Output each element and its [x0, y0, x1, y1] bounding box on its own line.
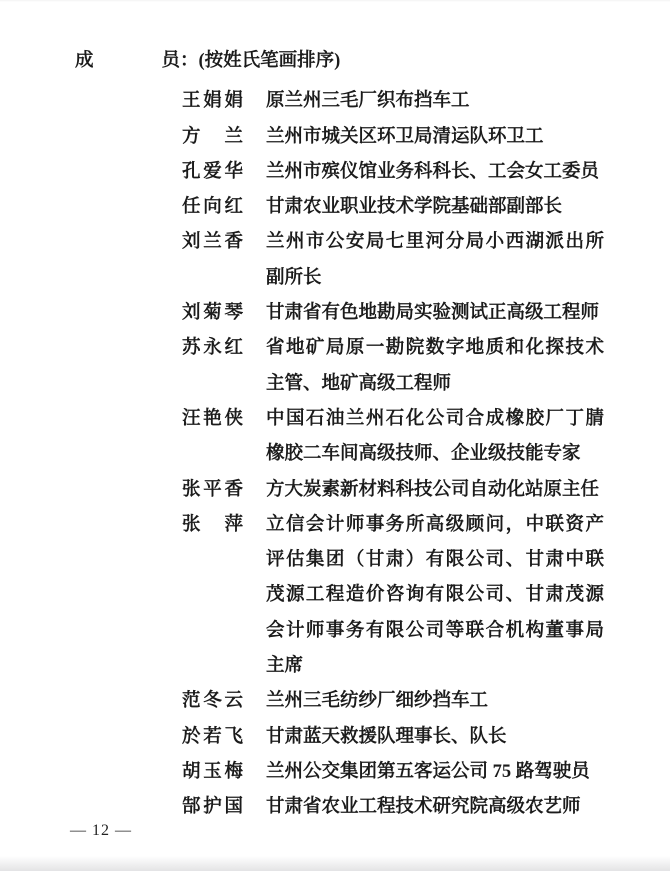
member-name: 任向红: [182, 190, 243, 225]
member-description-line: 会计师事务有限公司等联合机构董事局: [266, 614, 604, 649]
member-row: 任向红甘肃农业职业技术学院基础部副部长: [182, 190, 604, 225]
member-description-line: 中国石油兰州石化公司合成橡胶厂丁腈: [266, 402, 604, 437]
member-name-char: 香: [224, 225, 243, 260]
member-name: 郜护国: [182, 790, 243, 825]
member-description: 兰州市公安局七里河分局小西湖派出所副所长: [266, 225, 604, 296]
member-description: 原兰州三毛厂织布挡车工: [266, 84, 604, 119]
member-row: 张平香方大炭素新材料科技公司自动化站原主任: [182, 473, 604, 508]
member-name-char: 汪: [182, 402, 201, 437]
member-name-char: 任: [182, 190, 201, 225]
member-name: 胡玉梅: [182, 755, 243, 790]
header-separator: ：: [180, 44, 199, 79]
member-name: 刘兰香: [182, 225, 243, 260]
member-description-line: 主席: [266, 649, 604, 684]
document-page: 成 员 ： (按姓氏笔画排序) 王娟娟原兰州三毛厂织布挡车工方兰兰州市城关区环卫…: [0, 0, 670, 871]
member-name-char: 云: [224, 684, 243, 719]
member-description: 兰州公交集团第五客运公司 75 路驾驶员: [266, 755, 604, 790]
section-header: 成 员 ： (按姓氏笔画排序): [75, 44, 604, 79]
header-note: (按姓氏笔画排序): [199, 44, 341, 79]
member-description-line: 立信会计师事务所高级顾问，中联资产: [266, 508, 604, 543]
member-name: 刘菊琴: [182, 296, 243, 331]
member-name-char: 胡: [182, 755, 201, 790]
member-description-line: 甘肃蓝天救援队理事长、队长: [266, 720, 604, 755]
member-description-line: 副所长: [266, 261, 604, 296]
member-description-line: 方大炭素新材料科技公司自动化站原主任: [266, 473, 604, 508]
member-description: 甘肃蓝天救援队理事长、队长: [266, 720, 604, 755]
member-name-char: 护: [203, 790, 222, 825]
member-name-char: 方: [182, 120, 201, 155]
member-name-char: 萍: [224, 508, 243, 543]
member-name-char: 兰: [203, 225, 222, 260]
member-name: 於若飞: [182, 720, 243, 755]
member-name: 范冬云: [182, 684, 243, 719]
member-description-line: 兰州市殡仪馆业务科科长、工会女工委员: [266, 155, 604, 190]
member-description: 方大炭素新材料科技公司自动化站原主任: [266, 473, 604, 508]
member-name-char: 艳: [203, 402, 222, 437]
member-row: 王娟娟原兰州三毛厂织布挡车工: [182, 84, 604, 119]
member-row: 方兰兰州市城关区环卫局清运队环卫工: [182, 120, 604, 155]
member-name-char: 刘: [182, 225, 201, 260]
member-name-char: 范: [182, 684, 201, 719]
role-label: 成 员: [75, 44, 180, 79]
member-name-char: 向: [203, 190, 222, 225]
member-description-line: 评估集团（甘肃）有限公司、甘肃中联: [266, 543, 604, 578]
member-name: 汪艳侠: [182, 402, 243, 437]
member-name: 孔爱华: [182, 155, 243, 190]
member-row: 苏永红省地矿局原一勘院数字地质和化探技术主管、地矿高级工程师: [182, 331, 604, 402]
member-description-line: 甘肃省农业工程技术研究院高级农艺师: [266, 790, 604, 825]
member-name-char: 红: [224, 331, 243, 366]
member-name-char: 华: [224, 155, 243, 190]
member-name: 苏永红: [182, 331, 243, 366]
member-description: 立信会计师事务所高级顾问，中联资产评估集团（甘肃）有限公司、甘肃中联茂源工程造价…: [266, 508, 604, 684]
member-name-char: 梅: [224, 755, 243, 790]
member-name-char: 爱: [203, 155, 222, 190]
member-name-char: 香: [224, 473, 243, 508]
member-name-char: 若: [203, 720, 222, 755]
member-name-char: 琴: [224, 296, 243, 331]
page-top-edge: [0, 0, 670, 2]
member-description-line: 甘肃农业职业技术学院基础部副部长: [266, 190, 604, 225]
member-name-char: 於: [182, 720, 201, 755]
member-description-line: 兰州三毛纺纱厂细纱挡车工: [266, 684, 604, 719]
member-name: 方兰: [182, 120, 243, 155]
member-name-char: 郜: [182, 790, 201, 825]
member-description-line: 兰州市公安局七里河分局小西湖派出所: [266, 225, 604, 260]
member-name-char: 平: [203, 473, 222, 508]
member-description: 中国石油兰州石化公司合成橡胶厂丁腈橡胶二车间高级技师、企业级技能专家: [266, 402, 604, 473]
role-char-second: 员: [161, 44, 180, 79]
member-name-char: 娟: [203, 84, 222, 119]
member-name-char: 红: [224, 190, 243, 225]
member-description-line: 兰州市城关区环卫局清运队环卫工: [266, 120, 604, 155]
member-description: 兰州三毛纺纱厂细纱挡车工: [266, 684, 604, 719]
member-name-char: 孔: [182, 155, 201, 190]
member-row: 於若飞甘肃蓝天救援队理事长、队长: [182, 720, 604, 755]
member-list-section: 成 员 ： (按姓氏笔画排序) 王娟娟原兰州三毛厂织布挡车工方兰兰州市城关区环卫…: [75, 44, 604, 826]
member-name-char: 玉: [203, 755, 222, 790]
member-description-line: 茂源工程造价咨询有限公司、甘肃茂源: [266, 578, 604, 613]
member-name-char: 张: [182, 508, 201, 543]
page-number: — 12 —: [70, 820, 132, 842]
page-bottom-edge: [0, 856, 670, 871]
member-description-line: 原兰州三毛厂织布挡车工: [266, 84, 604, 119]
member-name-char: 刘: [182, 296, 201, 331]
member-row: 张萍立信会计师事务所高级顾问，中联资产评估集团（甘肃）有限公司、甘肃中联茂源工程…: [182, 508, 604, 684]
member-name-char: 兰: [224, 120, 243, 155]
member-description-line: 橡胶二车间高级技师、企业级技能专家: [266, 437, 604, 472]
member-name-char: 冬: [203, 684, 222, 719]
member-name: 王娟娟: [182, 84, 243, 119]
member-description: 兰州市城关区环卫局清运队环卫工: [266, 120, 604, 155]
member-name-char: 张: [182, 473, 201, 508]
member-description: 甘肃农业职业技术学院基础部副部长: [266, 190, 604, 225]
member-name-char: 娟: [224, 84, 243, 119]
member-name-char: 飞: [224, 720, 243, 755]
member-list: 王娟娟原兰州三毛厂织布挡车工方兰兰州市城关区环卫局清运队环卫工孔爱华兰州市殡仪馆…: [182, 84, 604, 825]
member-description-line: 省地矿局原一勘院数字地质和化探技术: [266, 331, 604, 366]
member-name-char: 侠: [224, 402, 243, 437]
member-name-char: 菊: [203, 296, 222, 331]
member-row: 刘兰香兰州市公安局七里河分局小西湖派出所副所长: [182, 225, 604, 296]
member-description: 甘肃省有色地勘局实验测试正高级工程师: [266, 296, 604, 331]
member-description-line: 主管、地矿高级工程师: [266, 367, 604, 402]
member-name-char: 永: [203, 331, 222, 366]
member-description: 省地矿局原一勘院数字地质和化探技术主管、地矿高级工程师: [266, 331, 604, 402]
member-name-char: 苏: [182, 331, 201, 366]
member-name-char: 王: [182, 84, 201, 119]
member-name: 张萍: [182, 508, 243, 543]
member-row: 孔爱华兰州市殡仪馆业务科科长、工会女工委员: [182, 155, 604, 190]
member-row: 汪艳侠中国石油兰州石化公司合成橡胶厂丁腈橡胶二车间高级技师、企业级技能专家: [182, 402, 604, 473]
member-name: 张平香: [182, 473, 243, 508]
member-row: 刘菊琴甘肃省有色地勘局实验测试正高级工程师: [182, 296, 604, 331]
role-char-first: 成: [75, 44, 94, 79]
member-description: 兰州市殡仪馆业务科科长、工会女工委员: [266, 155, 604, 190]
member-row: 范冬云兰州三毛纺纱厂细纱挡车工: [182, 684, 604, 719]
member-name-char: 国: [224, 790, 243, 825]
member-description: 甘肃省农业工程技术研究院高级农艺师: [266, 790, 604, 825]
member-description-line: 兰州公交集团第五客运公司 75 路驾驶员: [266, 755, 604, 790]
member-description-line: 甘肃省有色地勘局实验测试正高级工程师: [266, 296, 604, 331]
member-row: 胡玉梅兰州公交集团第五客运公司 75 路驾驶员: [182, 755, 604, 790]
member-row: 郜护国甘肃省农业工程技术研究院高级农艺师: [182, 790, 604, 825]
